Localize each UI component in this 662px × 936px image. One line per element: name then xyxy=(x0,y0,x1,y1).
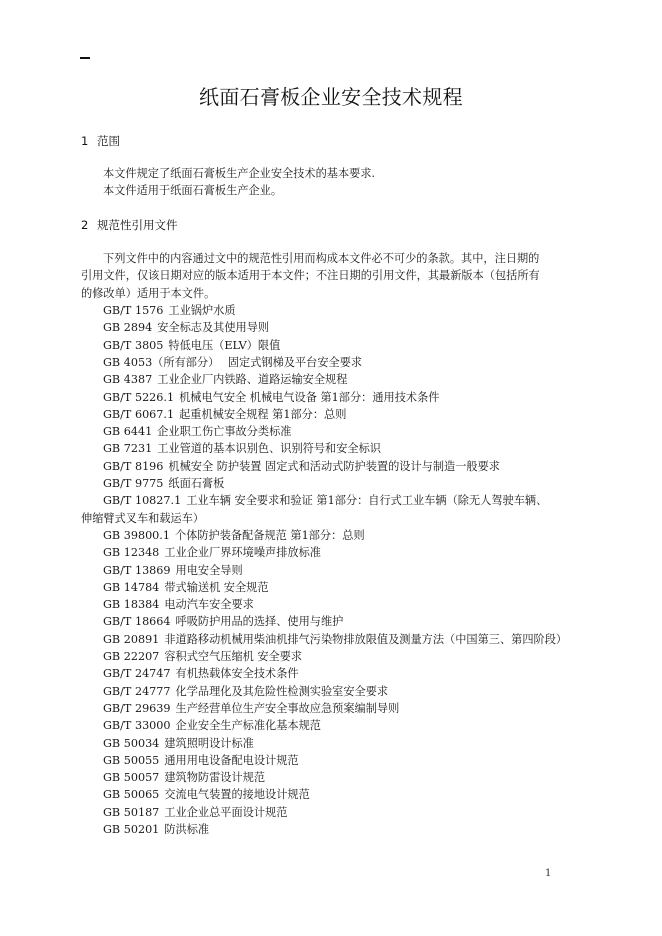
standard-title: 化学品理化及其危险性检测实验室安全要求 xyxy=(176,685,389,698)
standard-title: 工业企业厂内铁路、道路运输安全规程 xyxy=(157,373,347,386)
reference-item: GB 4387工业企业厂内铁路、道路运输安全规程 xyxy=(103,372,347,388)
section-1-heading: 1范围 xyxy=(81,133,120,149)
reference-item: GB/T 13869用电安全导则 xyxy=(103,563,243,579)
standard-code: GB/T 1576 xyxy=(103,304,163,317)
standard-code: GB 20891 xyxy=(103,633,159,646)
standard-title: 机械电气安全 机械电气设备 第1部分：通用技术条件 xyxy=(179,391,439,404)
intro-line: 引用文件，仅该日期对应的版本适用于本文件；不注日期的引用文件，其最新版本（包括所… xyxy=(81,268,540,284)
reference-item: GB 50055通用用电设备配电设计规范 xyxy=(103,753,299,769)
standard-code: GB 18384 xyxy=(103,598,159,611)
section-number: 2 xyxy=(81,217,97,233)
standard-title: 工业企业厂界环境噪声排放标准 xyxy=(164,546,321,559)
standard-title: 用电安全导则 xyxy=(176,564,243,577)
reference-item: GB/T 9775纸面石膏板 xyxy=(103,476,224,492)
reference-item: GB 50065交流电气装置的接地设计规范 xyxy=(103,787,310,803)
standard-title: 起重机械安全规程 第1部分：总则 xyxy=(179,408,346,421)
reference-item: GB/T 24777化学品理化及其危险性检测实验室安全要求 xyxy=(103,684,388,700)
standard-code: GB/T 33000 xyxy=(103,719,171,732)
reference-item: GB/T 24747有机热载体安全技术条件 xyxy=(103,666,299,682)
standard-code: GB/T 9775 xyxy=(103,477,163,490)
intro-line: 的修改单）适用于本文件。 xyxy=(81,286,215,302)
reference-item: GB 20891非道路移动机械用柴油机排气污染物排放限值及测量方法（中国第三、第… xyxy=(103,632,567,648)
standard-title: 建筑照明设计标准 xyxy=(164,737,254,750)
reference-item: GB 18384电动汽车安全要求 xyxy=(103,597,254,613)
standard-code: GB/T 24777 xyxy=(103,685,171,698)
standard-title: 带式输送机 安全规范 xyxy=(164,581,268,594)
standard-title: 纸面石膏板 xyxy=(168,477,224,490)
reference-item: GB 6441企业职工伤亡事故分类标准 xyxy=(103,424,291,440)
paragraph: 本文件适用于纸面石膏板生产企业。 xyxy=(103,183,282,199)
standard-title: 电动汽车安全要求 xyxy=(164,598,254,611)
standard-title: 企业职工伤亡事故分类标准 xyxy=(157,425,291,438)
document-page: 纸面石膏板企业安全技术规程 1范围 本文件规定了纸面石膏板生产企业安全技术的基本… xyxy=(0,0,662,936)
standard-code: GB 50065 xyxy=(103,788,159,801)
standard-code: GB 50034 xyxy=(103,737,159,750)
reference-item: GB 50034建筑照明设计标准 xyxy=(103,736,254,752)
standard-code: GB 4387 xyxy=(103,373,152,386)
reference-item: GB/T 6067.1起重机械安全规程 第1部分：总则 xyxy=(103,407,346,423)
reference-item: GB/T 5226.1机械电气安全 机械电气设备 第1部分：通用技术条件 xyxy=(103,390,439,406)
standard-code: GB 12348 xyxy=(103,546,159,559)
standard-code: GB/T 13869 xyxy=(103,564,171,577)
standard-title: 有机热载体安全技术条件 xyxy=(176,667,299,680)
reference-item: GB/T 29639生产经营单位生产安全事故应急预案编制导则 xyxy=(103,701,399,717)
reference-item: GB 14784带式输送机 安全规范 xyxy=(103,580,269,596)
reference-item: GB/T 18664呼吸防护用品的选择、使用与维护 xyxy=(103,614,343,630)
reference-item: GB/T 3805特低电压（ELV）限值 xyxy=(103,338,280,354)
intro-line: 下列文件中的内容通过文中的规范性引用而构成本文件必不可少的条款。其中，注日期的 xyxy=(103,251,539,267)
standard-code: GB/T 3805 xyxy=(103,339,163,352)
standard-code: GB/T 10827.1 xyxy=(103,494,181,507)
standard-code: GB/T 8196 xyxy=(103,460,163,473)
standard-title: 个体防护装备配备规范 第1部分：总则 xyxy=(175,529,365,542)
reference-item: GB 39800.1个体防护装备配备规范 第1部分：总则 xyxy=(103,528,365,544)
reference-item: GB 7231工业管道的基本识别色、识别符号和安全标识 xyxy=(103,441,381,457)
reference-item: GB 50201防洪标准 xyxy=(103,822,209,838)
standard-title: 工业企业总平面设计规范 xyxy=(164,806,287,819)
page-number: 1 xyxy=(545,868,551,879)
reference-item: GB 50057建筑物防雷设计规范 xyxy=(103,770,265,786)
standard-code: GB 50201 xyxy=(103,823,159,836)
standard-code: GB/T 5226.1 xyxy=(103,391,174,404)
standard-code: GB/T 18664 xyxy=(103,615,171,628)
reference-item: GB 2894安全标志及其使用导则 xyxy=(103,320,269,336)
standard-code: GB 50055 xyxy=(103,754,159,767)
standard-code: GB 7231 xyxy=(103,442,152,455)
standard-title: 机械安全 防护装置 固定式和活动式防护装置的设计与制造一般要求 xyxy=(168,460,500,473)
reference-item: GB/T 1576工业锅炉水质 xyxy=(103,303,236,319)
standard-code: GB/T 24747 xyxy=(103,667,171,680)
standard-code: GB 14784 xyxy=(103,581,159,594)
standard-title: 企业安全生产标准化基本规范 xyxy=(176,719,321,732)
standard-code: GB 4053（所有部分） xyxy=(103,356,219,369)
reference-item-continuation: 伸缩臂式叉车和载运车） xyxy=(81,511,204,527)
standard-code: GB 2894 xyxy=(103,321,152,334)
section-number: 1 xyxy=(81,133,97,149)
section-title: 范围 xyxy=(97,134,120,148)
reference-item: GB 12348工业企业厂界环境噪声排放标准 xyxy=(103,545,321,561)
corner-dash-mark xyxy=(80,57,90,59)
section-title: 规范性引用文件 xyxy=(97,218,178,232)
standard-title: 呼吸防护用品的选择、使用与维护 xyxy=(176,615,344,628)
standard-title: 工业车辆 安全要求和验证 第1部分：自行式工业车辆（除无人驾驶车辆、 xyxy=(186,494,547,507)
reference-item: GB 4053（所有部分） 固定式钢梯及平台安全要求 xyxy=(103,355,362,371)
standard-title: 生产经营单位生产安全事故应急预案编制导则 xyxy=(176,702,400,715)
reference-item: GB 22207容积式空气压缩机 安全要求 xyxy=(103,649,302,665)
reference-item: GB/T 8196机械安全 防护装置 固定式和活动式防护装置的设计与制造一般要求 xyxy=(103,459,500,475)
standard-title: 固定式钢梯及平台安全要求 xyxy=(224,356,362,369)
document-title: 纸面石膏板企业安全技术规程 xyxy=(0,84,662,110)
standard-code: GB/T 29639 xyxy=(103,702,171,715)
standard-title: 通用用电设备配电设计规范 xyxy=(164,754,298,767)
standard-code: GB/T 6067.1 xyxy=(103,408,174,421)
standard-title: 防洪标准 xyxy=(164,823,209,836)
standard-title: 工业管道的基本识别色、识别符号和安全标识 xyxy=(157,442,381,455)
standard-code: GB 39800.1 xyxy=(103,529,170,542)
standard-title: 建筑物防雷设计规范 xyxy=(164,771,265,784)
section-2-heading: 2规范性引用文件 xyxy=(81,217,178,233)
standard-code: GB 50187 xyxy=(103,806,159,819)
reference-item: GB/T 33000企业安全生产标准化基本规范 xyxy=(103,718,321,734)
standard-title: 非道路移动机械用柴油机排气污染物排放限值及测量方法（中国第三、第四阶段） xyxy=(164,633,567,646)
standard-title: 工业锅炉水质 xyxy=(168,304,235,317)
paragraph: 本文件规定了纸面石膏板生产企业安全技术的基本要求. xyxy=(103,166,375,182)
standard-title: 安全标志及其使用导则 xyxy=(157,321,269,334)
standard-code: GB 50057 xyxy=(103,771,159,784)
reference-item: GB/T 10827.1工业车辆 安全要求和验证 第1部分：自行式工业车辆（除无… xyxy=(103,493,547,509)
standard-title: 交流电气装置的接地设计规范 xyxy=(164,788,309,801)
standard-code: GB 22207 xyxy=(103,650,159,663)
standard-title: 容积式空气压缩机 安全要求 xyxy=(164,650,302,663)
reference-item: GB 50187工业企业总平面设计规范 xyxy=(103,805,287,821)
standard-title: 特低电压（ELV）限值 xyxy=(168,339,280,352)
standard-code: GB 6441 xyxy=(103,425,152,438)
